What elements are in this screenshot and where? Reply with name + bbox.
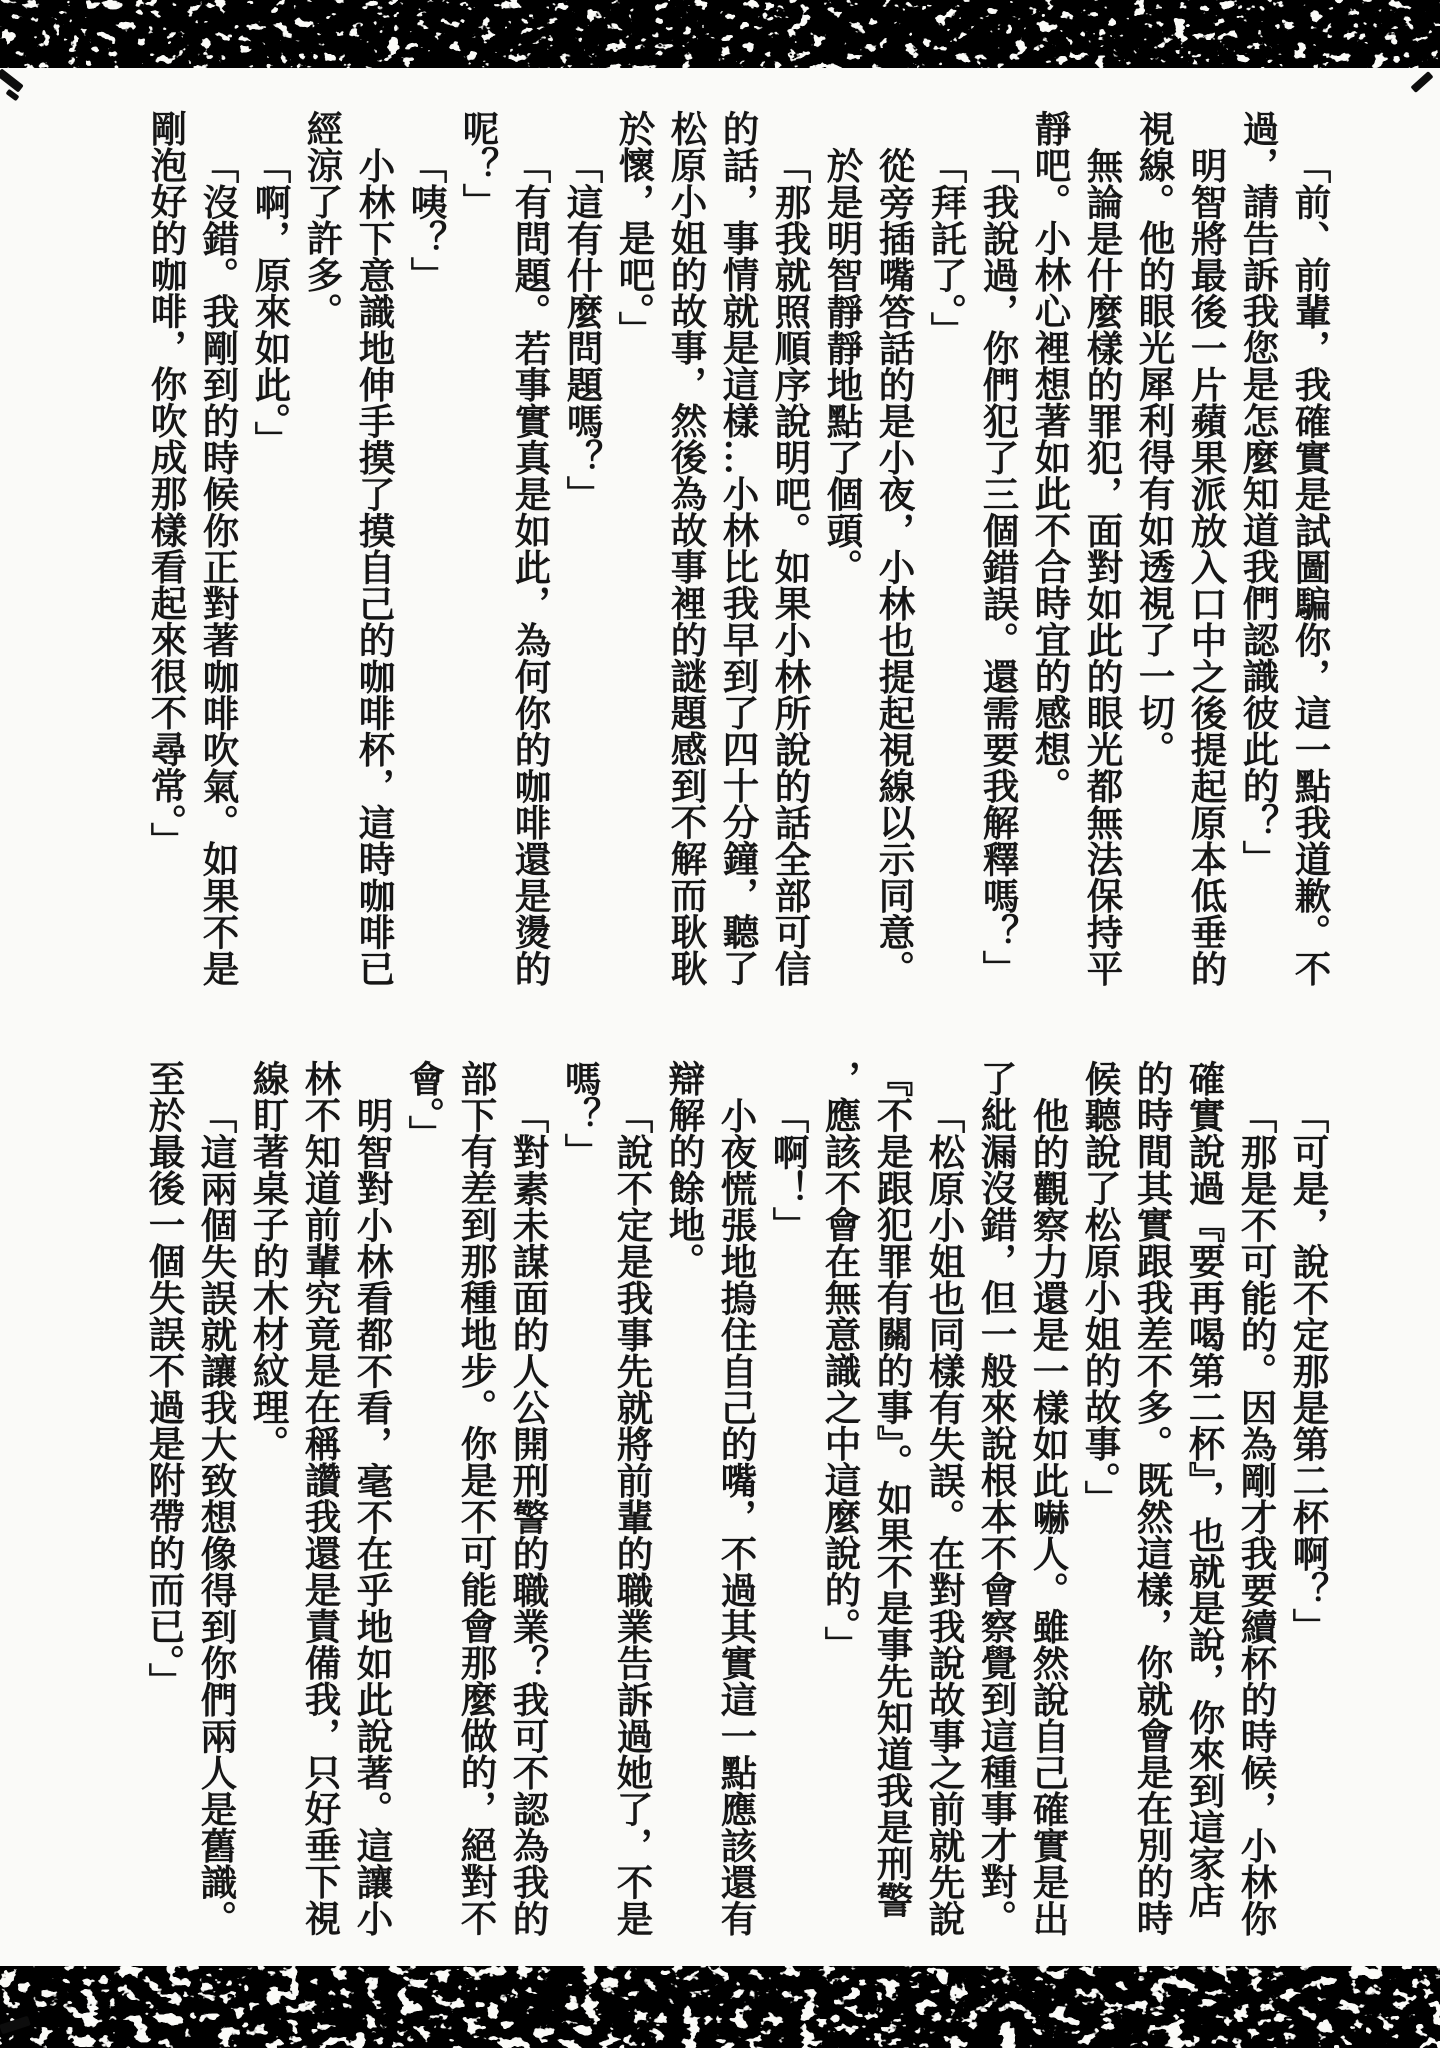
paragraph: 明智將最後一片蘋果派放入口中之後提起原本低垂的視線。他的眼光犀利得有如透視了一切… — [1128, 110, 1232, 992]
paragraph: 「那是不可能的。因為剛才我要續杯的時候，小林你確實說過『要再喝第二杯』，也就是說… — [1074, 1060, 1282, 1942]
paragraph: 「這兩個失誤就讓我大致想像得到你們兩人是舊識。至於最後一個失誤不過是附帶的而已。… — [138, 1060, 242, 1942]
paragraph: 「沒錯。我剛到的時候你正對著咖啡吹氣。如果不是剛泡好的咖啡，你吹成那樣看起來很不… — [140, 110, 244, 992]
paragraph: 小夜慌張地摀住自己的嘴，不過其實這一點應該還有辯解的餘地。 — [658, 1060, 762, 1942]
paragraph: 「可是，說不定那是第二杯啊？」 — [1282, 1060, 1334, 1942]
scanned-book-page: 「前、前輩，我確實是試圖騙你，這一點我道歉。不過，請告訴我您是怎麼知道我們認識彼… — [0, 0, 1440, 2048]
paragraph: 「有問題。若事實真是如此，為何你的咖啡還是燙的呢？」 — [452, 110, 556, 992]
paragraph: 於是明智靜靜地點了個頭。 — [816, 110, 868, 992]
paragraph: 無論是什麼樣的罪犯，面對如此的眼光都無法保持平靜吧。小林心裡想著如此不合時宜的感… — [1024, 110, 1128, 992]
paragraph: 「啊！」 — [762, 1060, 814, 1942]
paragraph: 「那我就照順序說明吧。如果小林所說的話全部可信的話，事情就是這樣…小林比我早到了… — [608, 110, 816, 992]
paragraph: 他的觀察力還是一樣如此嚇人。雖然說自己確實是出了紕漏沒錯，但一般來說根本不會察覺… — [970, 1060, 1074, 1942]
paragraph: 「啊，原來如此。」 — [244, 110, 296, 992]
paragraph: 「松原小姐也同樣有失誤。在對我說故事之前就先說『不是跟犯罪有關的事』。如果不是事… — [814, 1060, 970, 1942]
paragraph: 「前、前輩，我確實是試圖騙你，這一點我道歉。不過，請告訴我您是怎麼知道我們認識彼… — [1232, 110, 1336, 992]
scan-noise-band-bottom — [0, 1966, 1440, 2048]
paragraph: 「咦？」 — [400, 110, 452, 992]
paragraph: 「我說過，你們犯了三個錯誤。還需要我解釋嗎？」 — [972, 110, 1024, 992]
paragraph: 「拜託了。」 — [920, 110, 972, 992]
ink-smudge — [1410, 71, 1433, 93]
page-text-top: 「前、前輩，我確實是試圖騙你，這一點我道歉。不過，請告訴我您是怎麼知道我們認識彼… — [132, 110, 1336, 992]
ink-smudge — [0, 68, 24, 92]
paragraph: 「對素未謀面的人公開刑警的職業？我可不認為我的部下有差到那種地步。你是不可能會那… — [398, 1060, 554, 1942]
paragraph: 小林下意識地伸手摸了摸自己的咖啡杯，這時咖啡已經涼了許多。 — [296, 110, 400, 992]
paragraph: 明智對小林看都不看，毫不在乎地如此說著。這讓小林不知道前輩究竟是在稱讚我還是責備… — [242, 1060, 398, 1942]
paragraph: 「說不定是我事先就將前輩的職業告訴過她了，不是嗎？」 — [554, 1060, 658, 1942]
scan-noise-band-top — [0, 0, 1440, 68]
page-text-bottom: 「可是，說不定那是第二杯啊？」 「那是不可能的。因為剛才我要續杯的時候，小林你確… — [130, 1060, 1334, 1942]
paragraph: 從旁插嘴答話的是小夜，小林也提起視線以示同意。 — [868, 110, 920, 992]
paragraph: 「這有什麼問題嗎？」 — [556, 110, 608, 992]
